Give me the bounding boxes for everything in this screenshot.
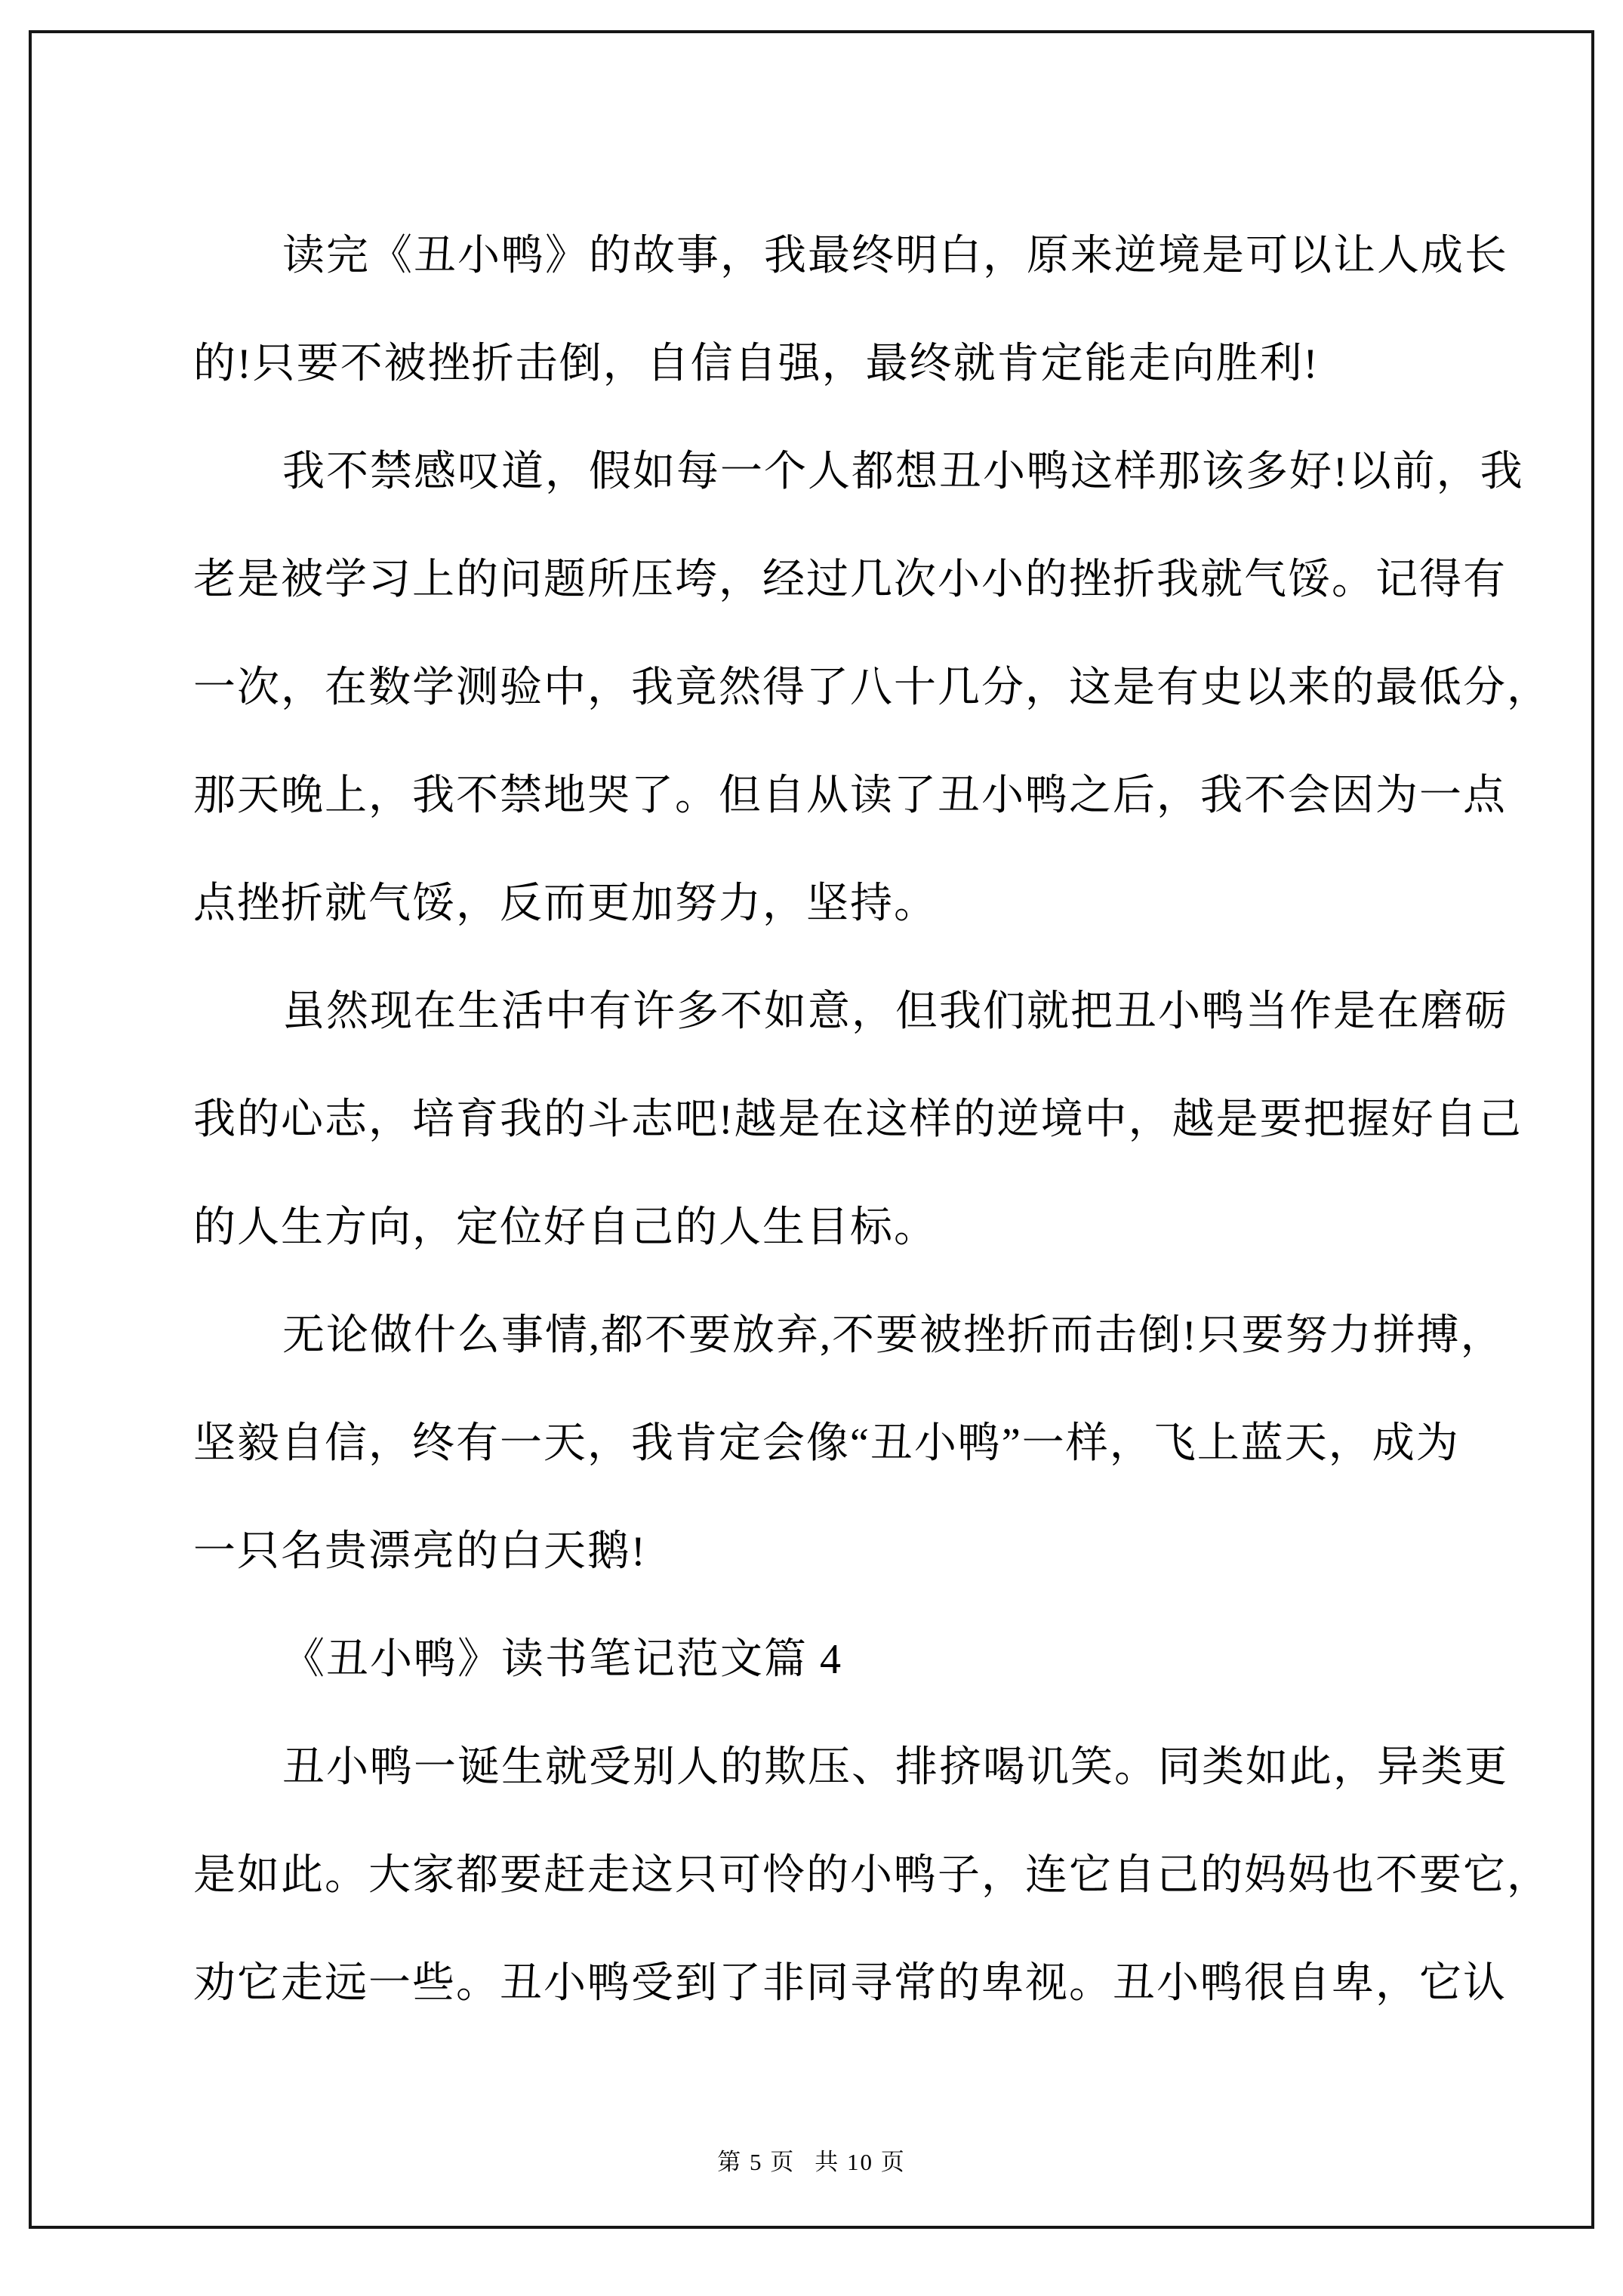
text-line: 《丑小鸭》读书笔记范文篇 4 [193,1606,1480,1714]
text-line: 一只名贵漂亮的白天鹅! [193,1498,1480,1606]
text-line: 的人生方向，定位好自己的人生目标。 [193,1174,1480,1282]
text-line: 是如此。大家都要赶走这只可怜的小鸭子，连它自己的妈妈也不要它， [193,1822,1480,1930]
text-line: 无论做什么事情,都不要放弃,不要被挫折而击倒!只要努力拼搏， [193,1282,1480,1390]
document-body: 读完《丑小鸭》的故事，我最终明白，原来逆境是可以让人成长的!只要不被挫折击倒，自… [193,202,1480,2038]
text-line: 读完《丑小鸭》的故事，我最终明白，原来逆境是可以让人成长 [193,202,1480,310]
text-line: 的!只要不被挫折击倒，自信自强，最终就肯定能走向胜利! [193,310,1480,418]
text-line: 劝它走远一些。丑小鸭受到了非同寻常的卑视。丑小鸭很自卑，它认 [193,1930,1480,2038]
page-number-label: 第 5 页 [717,2149,795,2175]
page-footer: 第 5 页共 10 页 [0,2143,1623,2177]
text-line: 丑小鸭一诞生就受别人的欺压、排挤喝讥笑。同类如此，异类更 [193,1714,1480,1822]
text-line: 我的心志，培育我的斗志吧!越是在这样的逆境中，越是要把握好自己 [193,1066,1480,1174]
text-line: 那天晚上，我不禁地哭了。但自从读了丑小鸭之后，我不会因为一点 [193,742,1480,850]
text-line: 我不禁感叹道，假如每一个人都想丑小鸭这样那该多好!以前，我 [193,418,1480,526]
text-line: 坚毅自信，终有一天，我肯定会像“丑小鸭”一样，飞上蓝天，成为 [193,1390,1480,1498]
text-line: 一次，在数学测验中，我竟然得了八十几分，这是有史以来的最低分， [193,634,1480,742]
text-line: 点挫折就气馁，反而更加努力，坚持。 [193,850,1480,958]
document-page: 读完《丑小鸭》的故事，我最终明白，原来逆境是可以让人成长的!只要不被挫折击倒，自… [0,0,1623,2296]
page-total-label: 共 10 页 [815,2149,906,2175]
text-line: 虽然现在生活中有许多不如意，但我们就把丑小鸭当作是在磨砺 [193,958,1480,1066]
text-line: 老是被学习上的问题所压垮，经过几次小小的挫折我就气馁。记得有 [193,526,1480,634]
